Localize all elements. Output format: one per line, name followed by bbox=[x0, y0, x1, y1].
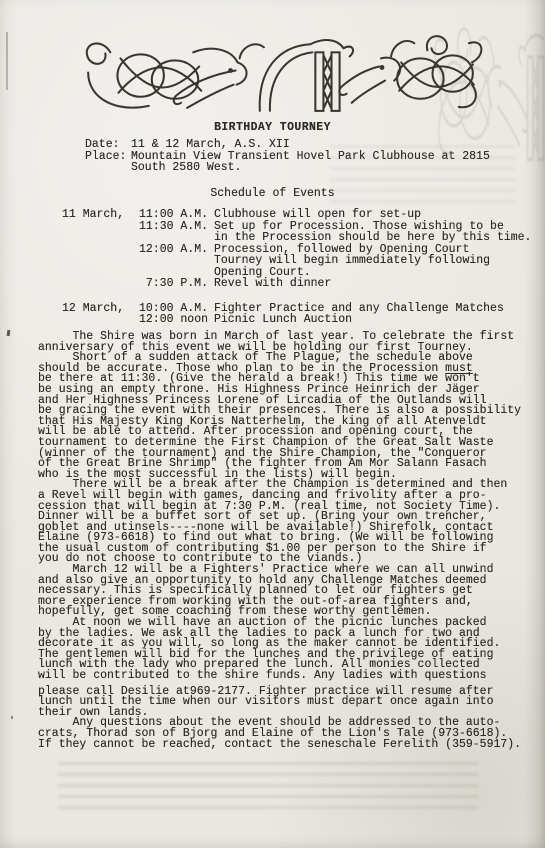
schedule-desc: Procession, followed by Opening Court To… bbox=[214, 244, 535, 279]
paragraph-procession-text: be there at 11:30. (Give the herald a br… bbox=[38, 372, 521, 480]
schedule-day-label: 11 March, bbox=[62, 209, 128, 221]
ink-speck bbox=[7, 330, 11, 336]
paragraph-procession-text: Short of a sudden attack of The Plague, … bbox=[38, 351, 473, 375]
date-value: 11 & 12 March, A.S. XII bbox=[131, 139, 490, 151]
schedule-day-label: 12 March, bbox=[62, 303, 128, 315]
paragraph-fighters-practice: March 12 will be a Fighters' Practice wh… bbox=[38, 565, 531, 618]
paragraph-revel-dinner: There will be a break after the Champion… bbox=[38, 480, 531, 565]
schedule-time: 12:00 A.M. bbox=[134, 244, 208, 279]
scanned-document-page: BIRTHDAY TOURNEY Date: 11 & 12 March, A.… bbox=[0, 0, 545, 848]
schedule-desc: Clubhouse will open for set-up bbox=[214, 209, 535, 221]
schedule-day-group-march-12: 12 March, 10:00 A.M. Fighter Practice an… bbox=[62, 303, 535, 326]
schedule-desc: Revel with dinner bbox=[214, 278, 535, 290]
bleed-through-text-ghost bbox=[58, 758, 478, 814]
scan-edge-mark bbox=[6, 32, 8, 90]
schedule-time: 12:00 noon bbox=[134, 314, 208, 326]
paragraph-contact-desilie: please call Desilie at969-2177. Fighter … bbox=[38, 687, 531, 719]
schedule-day-group-march-11: 11 March, 11:00 A.M. Clubhouse will open… bbox=[62, 209, 535, 290]
place-label: Place: bbox=[85, 151, 131, 174]
paragraph-procession: Short of a sudden attack of The Plague, … bbox=[38, 353, 531, 480]
schedule-time: 7:30 P.M. bbox=[134, 278, 208, 290]
schedule-desc: Set up for Procession. Those wishing to … bbox=[214, 221, 535, 244]
place-value: Mountain View Transient Hovel Park Clubh… bbox=[131, 151, 490, 174]
paragraph-lunch-auction: At noon we will have an auction of the p… bbox=[38, 618, 531, 682]
schedule-desc: Picnic Lunch Auction bbox=[214, 314, 535, 326]
ink-speck bbox=[11, 716, 13, 719]
schedule-time: 11:30 A.M. bbox=[134, 221, 208, 244]
paragraph-shire-born: The Shire was born in March of last year… bbox=[38, 332, 531, 353]
schedule: 11 March, 11:00 A.M. Clubhouse will open… bbox=[62, 209, 535, 339]
norse-knotwork-art bbox=[72, 22, 486, 118]
date-label: Date: bbox=[85, 139, 131, 151]
event-meta: Date: 11 & 12 March, A.S. XII Place: Mou… bbox=[85, 139, 490, 174]
schedule-heading: Schedule of Events bbox=[0, 187, 545, 200]
paragraph-autocrats: Any questions about the event should be … bbox=[38, 718, 531, 750]
body-text: The Shire was born in March of last year… bbox=[38, 332, 531, 750]
document-title: BIRTHDAY TOURNEY bbox=[0, 121, 545, 134]
schedule-time: 11:00 A.M. bbox=[134, 209, 208, 221]
